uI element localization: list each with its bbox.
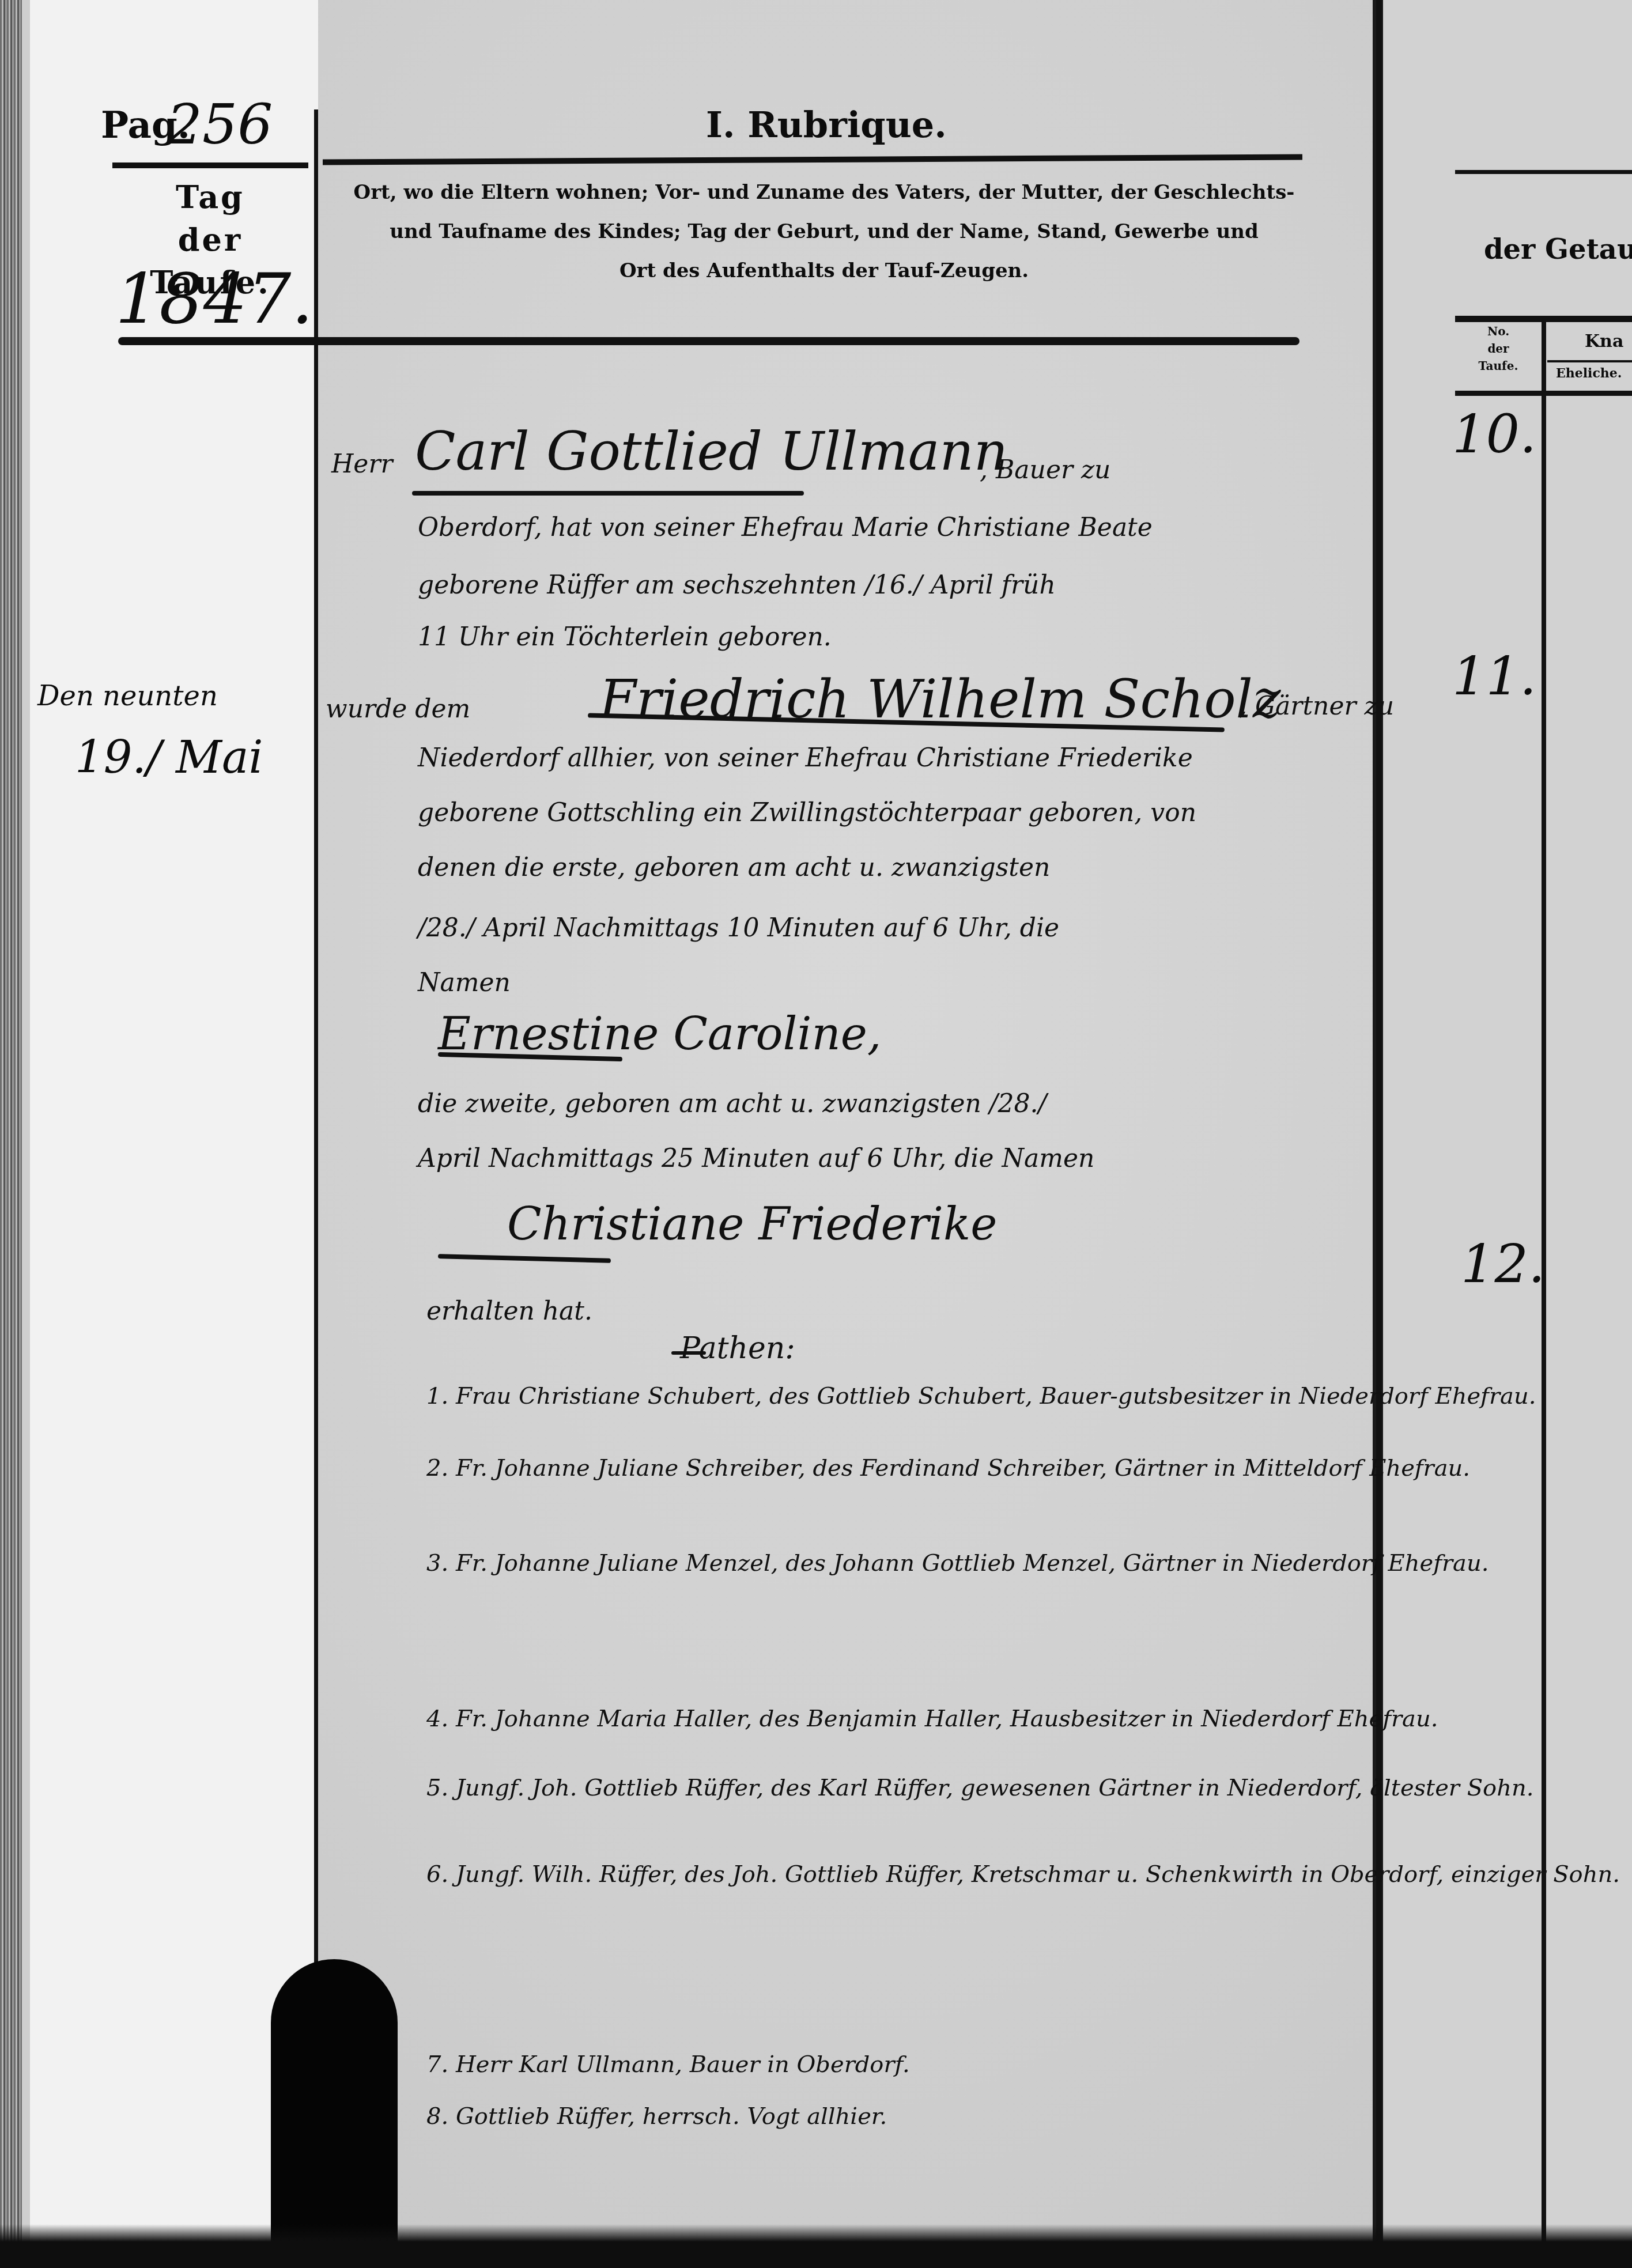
col-desc-line2: und Taufname des Kindes; Tag der Geburt,… [334,212,1314,251]
rubrique-title: I. Rubrique. [706,104,947,146]
entry-number-10: 10. [1452,403,1536,465]
bottom-shadow [0,2224,1632,2268]
entry1-line2: Oberdorf, hat von seiner Ehefrau Marie C… [418,513,1153,542]
child-name-2: Christiane Friederike [507,1199,997,1250]
right-heading-fragment: der Getau [1484,233,1632,266]
entry2-second-line2: April Nachmittags 25 Minuten auf 6 Uhr, … [418,1144,1094,1173]
column-divider [314,109,318,1971]
book-spine [0,0,22,2268]
entry2-line5: /28./ April Nachmittags 10 Minuten auf 6… [418,913,1059,943]
no-line1: No. [1464,323,1533,340]
entry2-line1-tail: , Gärtner zu [1239,691,1394,721]
entry2-line3: geborene Gottschling ein Zwillingstöchte… [418,798,1196,827]
godparents-underline [671,1351,706,1355]
godparent-5: 5. Jungf. Joh. Gottlieb Rüffer, des Karl… [426,1775,1533,1801]
entry2-intro: wurde dem [326,694,470,724]
page-number: 256 [167,92,273,157]
entry1-salutation: Herr [331,449,392,479]
no-line3: Taufe. [1464,357,1533,375]
entry2-date: 19./ Mai [75,732,263,784]
entry2-line2: Niederdorf allhier, von seiner Ehefrau C… [418,743,1193,773]
godparent-2: 2. Fr. Johanne Juliane Schreiber, des Fe… [426,1455,1470,1481]
godparents-heading: Pathen: [680,1331,795,1366]
entry-number-11: 11. [1452,645,1536,707]
thumb-shadow [271,1959,398,2268]
entry-number-12: 12. [1461,1233,1545,1295]
godparent-7: 7. Herr Karl Ullmann, Bauer in Oberdorf. [426,2051,910,2078]
entry2-date-text: Den neunten [37,680,218,712]
entry2-second-line1: die zweite, geboren am acht u. zwanzigst… [418,1089,1047,1118]
godparent-4: 4. Fr. Johanne Maria Haller, des Benjami… [426,1706,1438,1732]
page-edge [22,0,30,2268]
child-name-1: Ernestine Caroline, [438,1008,882,1060]
eheliche-heading: Eheliche. [1556,366,1622,381]
entry1-name-underline [412,491,804,496]
right-subrule [1547,360,1632,362]
header-rule-bottom [118,337,1299,345]
knaben-heading-fragment: Kna [1585,331,1623,351]
entry1-line1-tail: , Bauer zu [980,455,1110,485]
right-page-edge-line [1376,0,1382,2268]
right-rule-bottom [1455,391,1632,396]
godparent-1: 1. Frau Christiane Schubert, des Gottlie… [426,1383,1536,1409]
column-description: Ort, wo die Eltern wohnen; Vor- und Zuna… [334,173,1314,290]
godparent-3: 3. Fr. Johanne Juliane Menzel, des Johan… [426,1550,1489,1577]
no-line2: der [1464,340,1533,357]
entry1-principal-name: Carl Gottlied Ullmann [415,421,1008,482]
entry2-line4: denen die erste, geboren am acht u. zwan… [418,853,1050,882]
godparent-8: 8. Gottlieb Rüffer, herrsch. Vogt allhie… [426,2103,887,2130]
entry2-line6: Namen [418,968,511,997]
godparent-6: 6. Jungf. Wilh. Rüffer, des Joh. Gottlie… [426,1861,1620,1888]
entry2-closing: erhalten hat. [426,1296,592,1326]
no-der-taufe-heading: No. der Taufe. [1464,323,1533,375]
entry1-line4: 11 Uhr ein Töchterlein geboren. [418,622,832,652]
header-rule-left [112,162,308,168]
col-desc-line3: Ort des Aufenthalts der Tauf-Zeugen. [334,251,1314,290]
tag-heading-line1: Tag [115,176,305,218]
entry1-line3: geborene Rüffer am sechszehnten /16./ Ap… [418,570,1056,600]
col-desc-line1: Ort, wo die Eltern wohnen; Vor- und Zuna… [334,173,1314,212]
year: 1847. [115,259,313,339]
right-rule-top [1455,170,1632,174]
